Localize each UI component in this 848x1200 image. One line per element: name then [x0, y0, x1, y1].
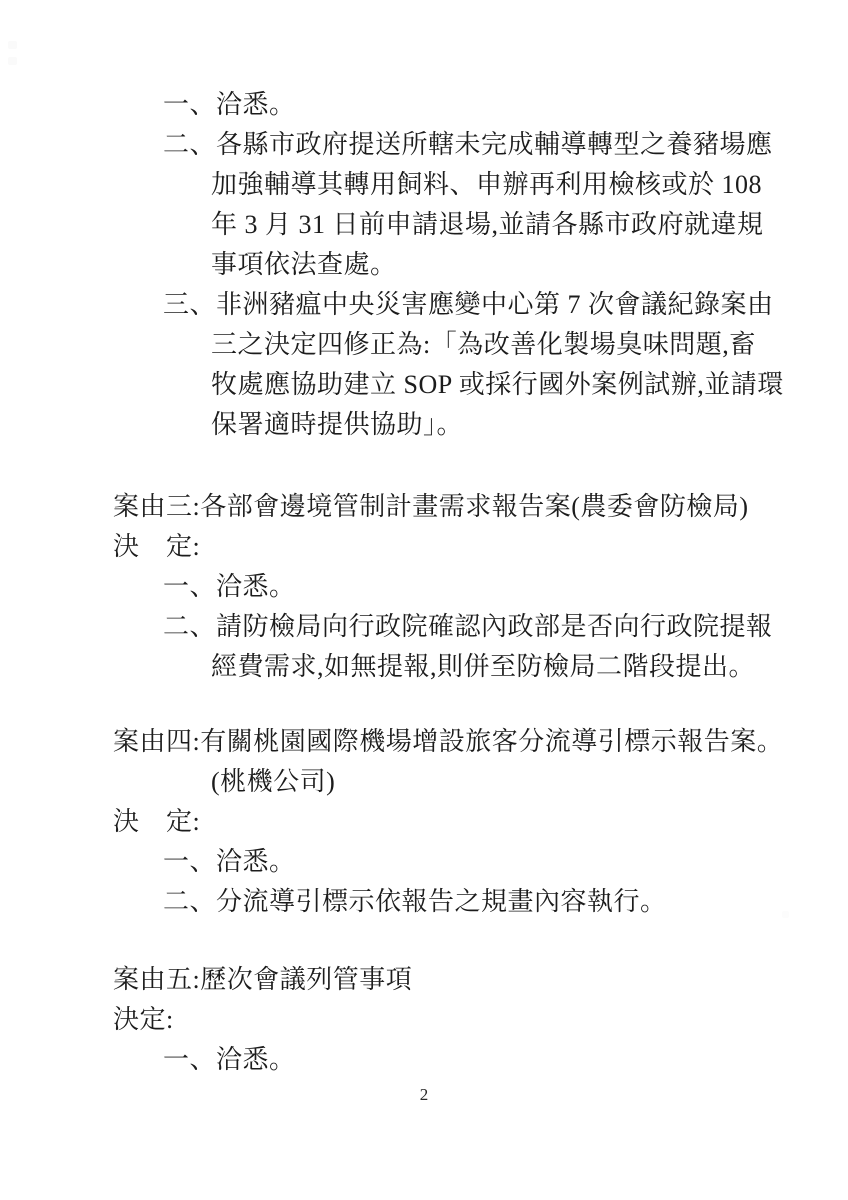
section-case5: 案由五:歷次會議列管事項 決定: 一、洽悉。 [0, 960, 848, 1080]
text-line: 保署適時提供協助」。 [0, 405, 848, 445]
decision-label-line: 決定: [0, 1000, 848, 1040]
text-line: 一、洽悉。 [0, 842, 848, 882]
text-line: 一、洽悉。 [0, 85, 848, 125]
scan-artifact-dot [8, 57, 17, 65]
text-line: 三、非洲豬瘟中央災害應變中心第 7 次會議紀錄案由 [0, 285, 848, 325]
decision-label-line: 決 定: [0, 527, 848, 567]
text-line: 加強輔導其轉用飼料、申辦再利用檢核或於 108 [0, 165, 848, 205]
text-line: 一、洽悉。 [0, 1040, 848, 1080]
section-case2-decisions: 一、洽悉。 二、各縣市政府提送所轄未完成輔導轉型之養豬場應 加強輔導其轉用飼料、… [0, 85, 848, 445]
text-line: 年 3 月 31 日前申請退場,並請各縣市政府就違規 [0, 205, 848, 245]
text-line: 二、分流導引標示依報告之規畫內容執行。 [0, 882, 848, 922]
text-line: 二、各縣市政府提送所轄未完成輔導轉型之養豬場應 [0, 125, 848, 165]
section-case3: 案由三:各部會邊境管制計畫需求報告案(農委會防檢局) 決 定: 一、洽悉。 二、… [0, 487, 848, 687]
page-number: 2 [0, 1085, 848, 1105]
text-line: 事項依法查處。 [0, 245, 848, 285]
text-line: 經費需求,如無提報,則併至防檢局二階段提出。 [0, 647, 848, 687]
text-line: (桃機公司) [0, 762, 848, 802]
section-case4: 案由四:有關桃園國際機場增設旅客分流導引標示報告案。 (桃機公司) 決 定: 一… [0, 722, 848, 922]
case-title-line: 案由三:各部會邊境管制計畫需求報告案(農委會防檢局) [0, 487, 848, 527]
document-page: 一、洽悉。 二、各縣市政府提送所轄未完成輔導轉型之養豬場應 加強輔導其轉用飼料、… [0, 0, 848, 1200]
text-line: 牧處應協助建立 SOP 或採行國外案例試辦,並請環 [0, 365, 848, 405]
text-line: 三之決定四修正為:「為改善化製場臭味問題,畜 [0, 325, 848, 365]
case-title-line: 案由四:有關桃園國際機場增設旅客分流導引標示報告案。 [0, 722, 848, 762]
text-line: 一、洽悉。 [0, 567, 848, 607]
decision-label-line: 決 定: [0, 802, 848, 842]
case-title-line: 案由五:歷次會議列管事項 [0, 960, 848, 1000]
text-line: 二、請防檢局向行政院確認內政部是否向行政院提報 [0, 607, 848, 647]
scan-artifact-dot [8, 41, 17, 49]
